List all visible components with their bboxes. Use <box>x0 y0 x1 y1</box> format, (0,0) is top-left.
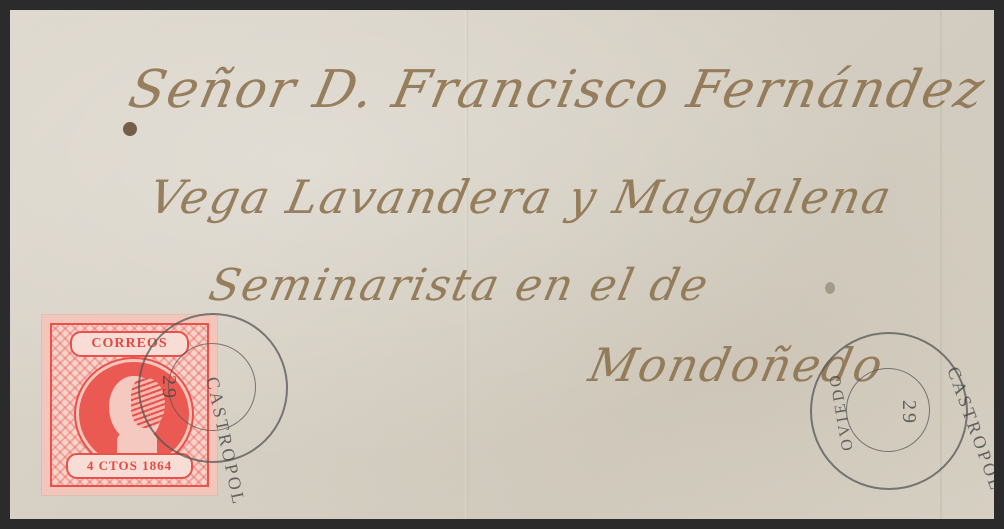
postmark-right: CASTROPOL OVIEDO 29 <box>810 332 968 490</box>
address-line-recipient: Señor D. Francisco Fernández <box>124 60 991 120</box>
address-line-name: Vega Lavandera y Magdalena <box>144 170 897 224</box>
postmark-date: 29 <box>157 375 180 401</box>
paper-hole <box>825 282 835 294</box>
postmark-town: CASTROPOL <box>942 364 994 495</box>
postal-cover: Señor D. Francisco Fernández Vega Lavand… <box>10 10 994 519</box>
ink-blot <box>123 122 137 136</box>
stamp-value-label: 4 CTOS 1864 <box>66 453 193 479</box>
postmark-date: 29 <box>897 400 920 426</box>
postmark-left: CASTROPOL 29 <box>138 313 288 463</box>
address-line-role: Seminarista en el de <box>205 260 715 311</box>
